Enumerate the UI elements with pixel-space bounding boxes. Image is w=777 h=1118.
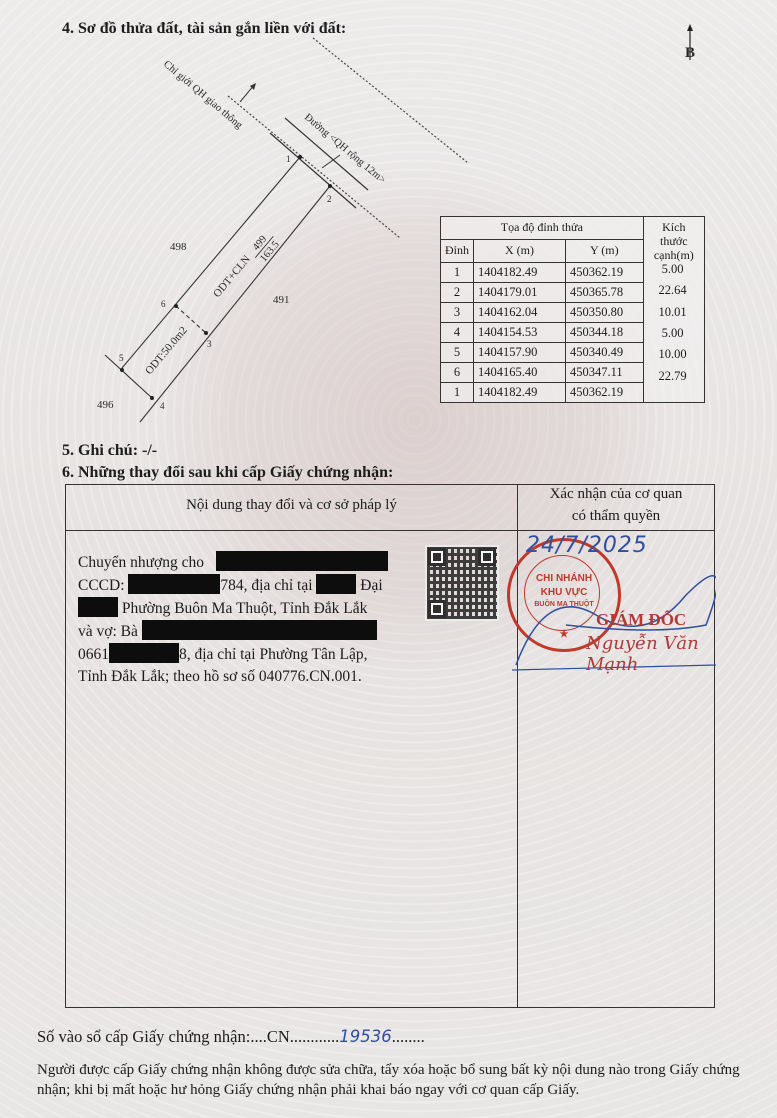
vertex-cell: 1 bbox=[441, 262, 474, 282]
y-col-header: Y (m) bbox=[565, 239, 643, 262]
y-cell: 450340.49 bbox=[565, 342, 643, 362]
signer-name: Nguyễn Văn Mạnh bbox=[586, 633, 714, 675]
edge-length-header: Kích thước cạnh(m) bbox=[643, 217, 704, 263]
registration-number: Số vào sổ cấp Giấy chứng nhận:....CN....… bbox=[37, 1027, 425, 1047]
redacted-block bbox=[109, 643, 179, 663]
content-text: và vợ: Bà bbox=[78, 623, 138, 640]
content-text: Chuyển nhượng cho bbox=[78, 554, 204, 571]
changes-table: Nội dung thay đổi và cơ sở pháp lý Xác n… bbox=[65, 484, 715, 1008]
content-text: 784, địa chỉ tại bbox=[220, 577, 312, 594]
registration-value: 19536 bbox=[339, 1027, 392, 1046]
redacted-block bbox=[142, 620, 377, 640]
redacted-block bbox=[216, 551, 388, 571]
vertex-cell: 3 bbox=[441, 302, 474, 322]
vertex-cell: 1 bbox=[441, 382, 474, 402]
vertex-label: 1 bbox=[286, 154, 291, 164]
registration-label: Số vào sổ cấp Giấy chứng nhận:....CN bbox=[37, 1027, 290, 1046]
vertex-label: 6 bbox=[161, 299, 166, 309]
vertex-cell: 5 bbox=[441, 342, 474, 362]
y-cell: 450347.11 bbox=[565, 362, 643, 382]
vertex-cell: 4 bbox=[441, 322, 474, 342]
registration-dots: ............ bbox=[290, 1027, 340, 1046]
x-cell: 1404182.49 bbox=[474, 382, 566, 402]
confirm-header-line1: Xác nhận của cơ quan bbox=[518, 483, 714, 505]
redacted-block bbox=[78, 597, 118, 617]
qr-code bbox=[425, 545, 499, 621]
neighbor-parcel-label: 496 bbox=[97, 399, 114, 411]
x-cell: 1404162.04 bbox=[474, 302, 566, 322]
road-boundary-label: Chỉ giới QH giao thông bbox=[161, 59, 245, 132]
y-cell: 450344.18 bbox=[565, 322, 643, 342]
vertex-label: 4 bbox=[160, 401, 165, 411]
edge-length-value: 22.79 bbox=[640, 369, 705, 384]
y-cell: 450350.80 bbox=[565, 302, 643, 322]
content-text: Đại bbox=[360, 577, 382, 594]
edge-length-value: 10.01 bbox=[640, 305, 705, 320]
content-text: CCCD: bbox=[78, 577, 125, 594]
y-cell: 450362.19 bbox=[565, 262, 643, 282]
x-cell: 1404165.40 bbox=[474, 362, 566, 382]
y-cell: 450362.19 bbox=[565, 382, 643, 402]
redacted-block bbox=[316, 574, 356, 594]
registration-dots: ........ bbox=[392, 1027, 425, 1046]
y-cell: 450365.78 bbox=[565, 282, 643, 302]
neighbor-parcel-label: 491 bbox=[273, 294, 290, 306]
content-text: 8, địa chỉ tại Phường Tân Lập, bbox=[179, 646, 368, 663]
vertex-cell: 2 bbox=[441, 282, 474, 302]
change-content: Chuyển nhượng cho CCCD: 784, địa chỉ tại… bbox=[78, 551, 408, 688]
edge-length-value: 22.64 bbox=[640, 283, 705, 298]
signer-title: GIÁM ĐỐC bbox=[596, 610, 686, 630]
confirm-header-line2: có thẩm quyền bbox=[518, 505, 714, 527]
neighbor-parcel-label: 498 bbox=[170, 241, 187, 253]
section-6-title: 6. Những thay đổi sau khi cấp Giấy chứng… bbox=[62, 464, 393, 482]
road-label: Đường <QH rộng 12m> bbox=[302, 112, 387, 186]
x-cell: 1404154.53 bbox=[474, 322, 566, 342]
edge-length-value: 5.00 bbox=[640, 262, 705, 277]
x-cell: 1404157.90 bbox=[474, 342, 566, 362]
vertex-col-header: Đỉnh bbox=[441, 239, 474, 262]
confirm-col-header: Xác nhận của cơ quan có thẩm quyền bbox=[518, 483, 714, 527]
x-cell: 1404179.01 bbox=[474, 282, 566, 302]
vertex-label: 3 bbox=[207, 339, 212, 349]
edge-length-value: 10.00 bbox=[640, 347, 705, 362]
vertex-label: 2 bbox=[327, 194, 332, 204]
section-5-note: 5. Ghi chú: -/- bbox=[62, 442, 157, 460]
north-label: B bbox=[685, 45, 695, 61]
content-text: 0661 bbox=[78, 646, 109, 663]
content-text: Phường Buôn Ma Thuột, Tỉnh Đắk Lắk bbox=[122, 600, 368, 617]
holder-notice: Người được cấp Giấy chứng nhận không đượ… bbox=[37, 1060, 747, 1100]
land-use-label: ODT+CLN bbox=[211, 253, 253, 300]
content-col-header: Nội dung thay đổi và cơ sở pháp lý bbox=[66, 497, 517, 514]
coord-group-header: Tọa độ đỉnh thửa bbox=[441, 217, 644, 240]
x-cell: 1404182.49 bbox=[474, 262, 566, 282]
vertex-cell: 6 bbox=[441, 362, 474, 382]
edge-length-value: 5.00 bbox=[640, 326, 705, 341]
redacted-block bbox=[128, 574, 220, 594]
content-text: Tỉnh Đắk Lắk; theo hồ sơ số 040776.CN.00… bbox=[78, 668, 362, 685]
x-col-header: X (m) bbox=[474, 239, 566, 262]
vertex-label: 5 bbox=[119, 353, 124, 363]
